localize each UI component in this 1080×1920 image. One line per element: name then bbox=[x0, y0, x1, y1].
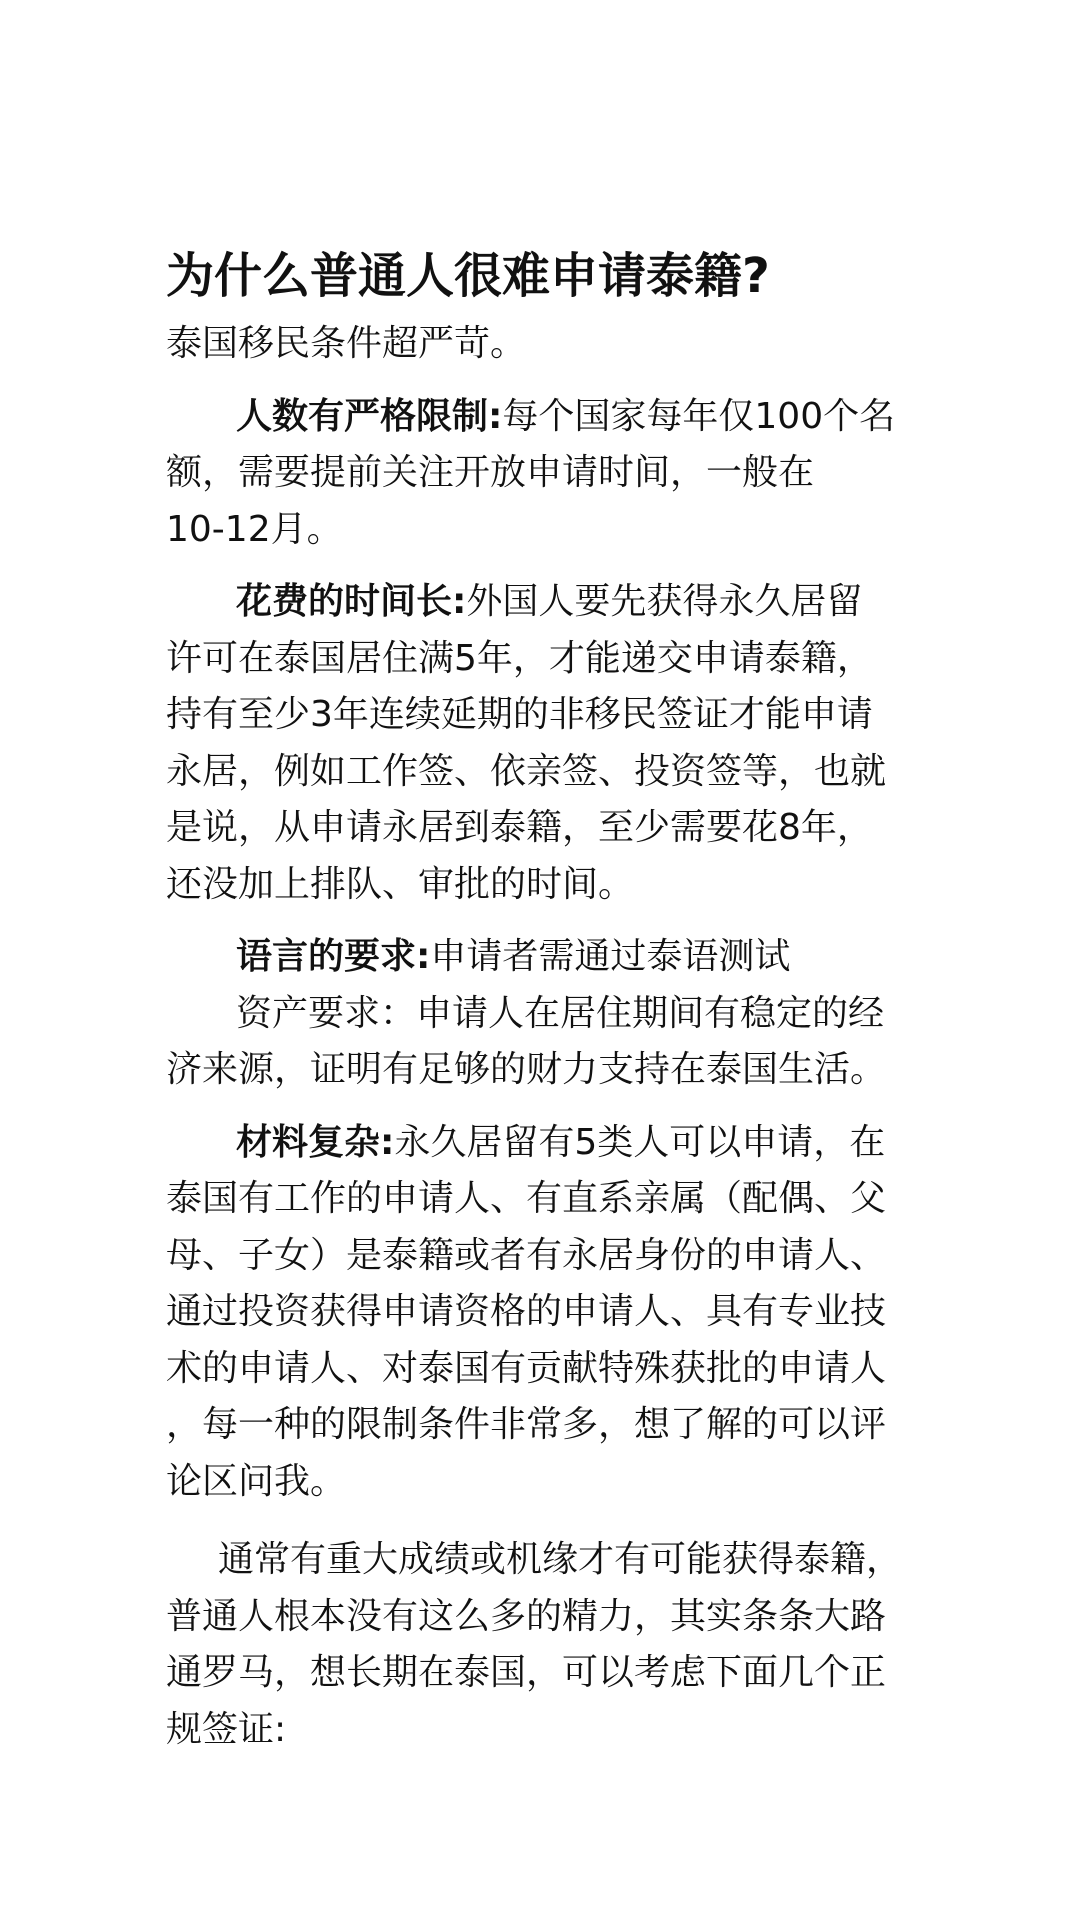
section-line: 持有至少3年连续延期的非移民签证才能申请 bbox=[166, 687, 956, 744]
section-quota-limit: 人数有严格限制:每个国家每年仅100个名 额，需要提前关注开放申请时间，一般在 … bbox=[166, 389, 956, 559]
spacer bbox=[166, 558, 956, 574]
section-line: 额，需要提前关注开放申请时间，一般在 bbox=[166, 445, 956, 502]
section-assets: 资产要求：申请人在居住期间有稳定的经 济来源，证明有足够的财力支持在泰国生活。 bbox=[166, 986, 956, 1099]
section-line: 还没加上排队、审批的时间。 bbox=[166, 857, 956, 914]
section-line: 是说，从申请永居到泰籍，至少需要花8年， bbox=[166, 800, 956, 857]
conclusion-line: 通罗马，想长期在泰国，可以考虑下面几个正 bbox=[166, 1645, 956, 1702]
section-line: 10-12月。 bbox=[166, 502, 956, 559]
conclusion-line: 普通人根本没有这么多的精力，其实条条大路 bbox=[166, 1589, 956, 1646]
spacer bbox=[166, 1099, 956, 1115]
spacer bbox=[166, 373, 956, 389]
section-line: 济来源，证明有足够的财力支持在泰国生活。 bbox=[166, 1042, 956, 1099]
section-long-time: 花费的时间长:外国人要先获得永久居留 许可在泰国居住满5年，才能递交申请泰籍， … bbox=[166, 574, 956, 913]
section-heading: 花费的时间长: bbox=[236, 581, 466, 622]
section-line: 母、子女）是泰籍或者有永居身份的申请人、 bbox=[166, 1228, 956, 1285]
article: 为什么普通人很难申请泰籍? 泰国移民条件超严苛。 人数有严格限制:每个国家每年仅… bbox=[166, 244, 956, 1758]
section-line: 许可在泰国居住满5年，才能递交申请泰籍， bbox=[166, 631, 956, 688]
section-heading: 语言的要求: bbox=[236, 936, 430, 977]
section-line: 材料复杂:永久居留有5类人可以申请，在 bbox=[166, 1115, 956, 1172]
section-line: 术的申请人、对泰国有贡献特殊获批的申请人 bbox=[166, 1341, 956, 1398]
section-text: 申请者需通过泰语测试 bbox=[430, 936, 790, 977]
section-text: 外国人要先获得永久居留 bbox=[466, 581, 862, 622]
section-text: 永久居留有5类人可以申请，在 bbox=[394, 1122, 885, 1163]
section-line: 语言的要求:申请者需通过泰语测试 bbox=[166, 929, 956, 986]
section-heading: 人数有严格限制: bbox=[236, 396, 502, 437]
section-heading: 材料复杂: bbox=[236, 1122, 394, 1163]
conclusion-line: 通常有重大成绩或机缘才有可能获得泰籍， bbox=[166, 1532, 956, 1589]
intro-text: 泰国移民条件超严苛。 bbox=[166, 316, 956, 373]
conclusion: 通常有重大成绩或机缘才有可能获得泰籍， 普通人根本没有这么多的精力，其实条条大路… bbox=[166, 1532, 956, 1758]
section-line: 论区问我。 bbox=[166, 1454, 956, 1511]
section-line: 永居，例如工作签、依亲签、投资签等，也就 bbox=[166, 744, 956, 801]
section-line: 通过投资获得申请资格的申请人、具有专业技 bbox=[166, 1284, 956, 1341]
article-title: 为什么普通人很难申请泰籍? bbox=[166, 244, 956, 308]
section-language: 语言的要求:申请者需通过泰语测试 bbox=[166, 929, 956, 986]
conclusion-line: 规签证: bbox=[166, 1702, 956, 1759]
section-line: ，每一种的限制条件非常多，想了解的可以评 bbox=[166, 1397, 956, 1454]
section-line: 泰国有工作的申请人、有直系亲属（配偶、父 bbox=[166, 1171, 956, 1228]
section-line: 人数有严格限制:每个国家每年仅100个名 bbox=[166, 389, 956, 446]
spacer bbox=[166, 913, 956, 929]
section-materials: 材料复杂:永久居留有5类人可以申请，在 泰国有工作的申请人、有直系亲属（配偶、父… bbox=[166, 1115, 956, 1511]
section-line: 花费的时间长:外国人要先获得永久居留 bbox=[166, 574, 956, 631]
spacer bbox=[166, 1510, 956, 1532]
section-line: 资产要求：申请人在居住期间有稳定的经 bbox=[166, 986, 956, 1043]
section-text: 每个国家每年仅100个名 bbox=[502, 396, 895, 437]
